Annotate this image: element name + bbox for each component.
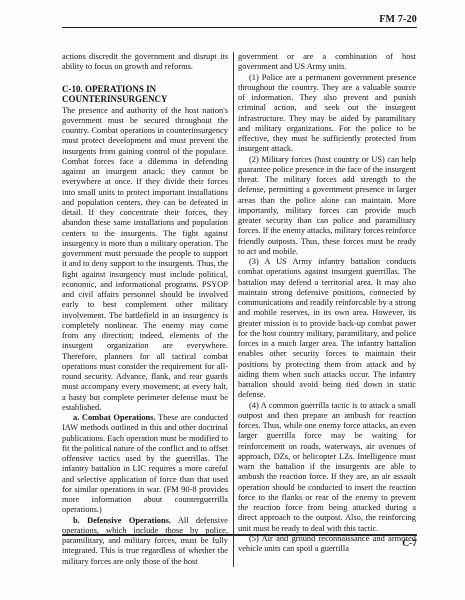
paragraph-4: (4) A common guerrilla tactic is to atta… [238, 401, 416, 534]
manual-page: FM 7-20 actions discredit the government… [0, 0, 465, 600]
paragraph-3: (3) A US Army infantry battalion conduct… [238, 257, 416, 401]
paragraph-b-label: b. Defensive Operations. [73, 516, 171, 525]
left-intro-paragraph: actions discredit the government and dis… [62, 52, 228, 73]
paragraph-2: (2) Military forces (host country or US)… [238, 155, 416, 258]
page-footer: C-7 [62, 534, 417, 549]
paragraph-a-label: a. Combat Operations. [73, 413, 156, 422]
header-rule [62, 27, 417, 28]
paragraph-1: (1) Police are a permanent government pr… [238, 73, 416, 155]
text-columns: actions discredit the government and dis… [62, 52, 417, 567]
paragraph-a-text: These are conducted IAW methods outlined… [62, 413, 228, 514]
right-column: government or are a combination of host … [238, 52, 416, 567]
paragraph-a: a. Combat Operations. These are conducte… [62, 413, 228, 516]
manual-number: FM 7-20 [62, 14, 417, 27]
section-body-paragraph: The presence and authority of the host n… [62, 106, 228, 414]
page-header: FM 7-20 [62, 14, 417, 28]
left-column: actions discredit the government and dis… [62, 52, 228, 567]
footer-rule [62, 534, 417, 536]
right-intro-paragraph: government or are a combination of host … [238, 52, 416, 73]
section-heading: C-10. OPERATIONS IN COUNTERINSURGENCY [62, 84, 228, 105]
column-divider-rule [233, 52, 234, 567]
page-number: C-7 [62, 539, 417, 549]
